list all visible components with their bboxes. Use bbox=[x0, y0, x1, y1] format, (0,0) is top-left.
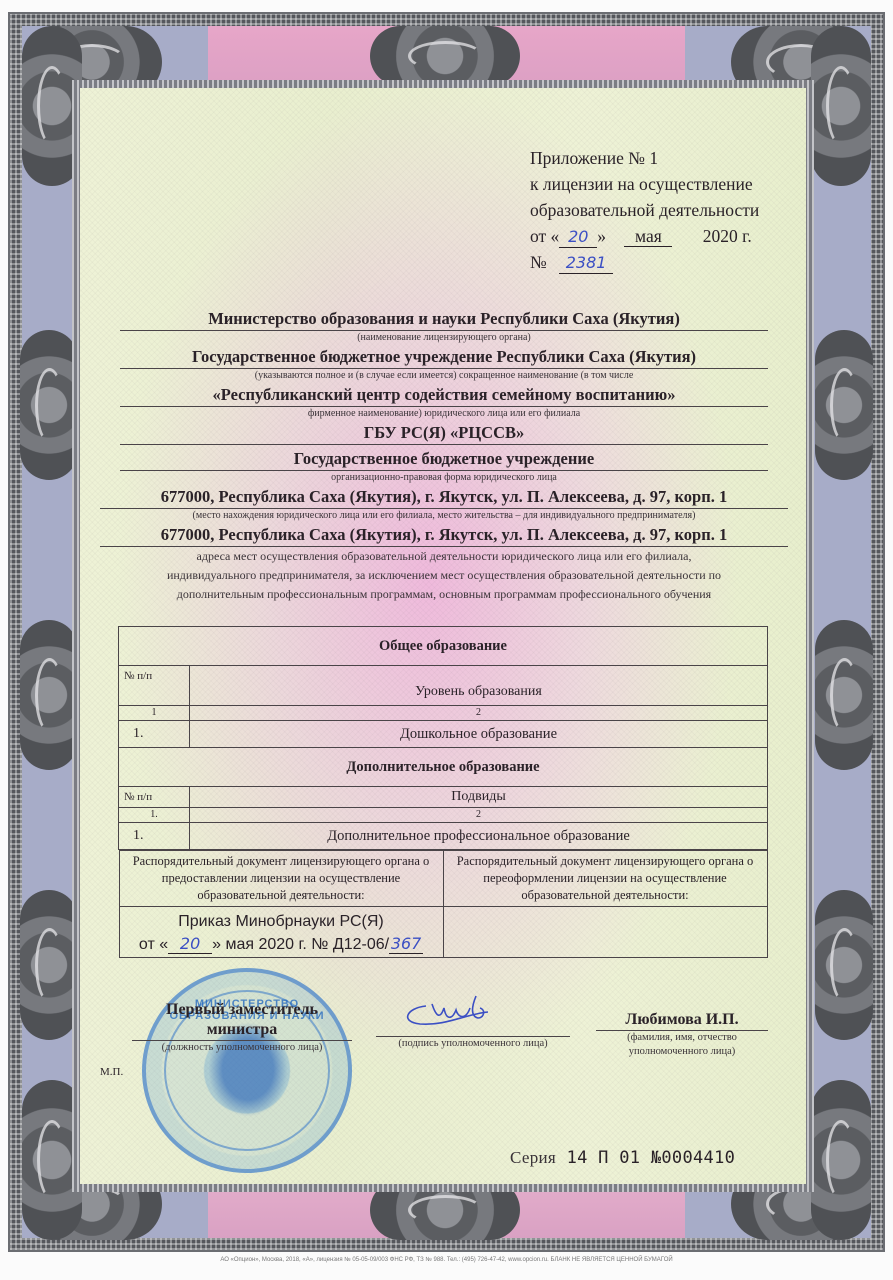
ornament-icon bbox=[370, 26, 520, 86]
additional-col-no: № п/п bbox=[119, 787, 190, 808]
organization-short-name: ГБУ РС(Я) «РЦССВ» bbox=[120, 422, 768, 445]
legal-form: Государственное бюджетное учреждение bbox=[120, 448, 768, 471]
ornament-icon bbox=[20, 330, 78, 480]
order-mid: » мая 2020 г. № Д12-06/ bbox=[212, 936, 389, 953]
appendix-line-2: к лицензии на осуществление bbox=[530, 171, 780, 197]
license-number: 2381 bbox=[559, 253, 613, 274]
activity-address: 677000, Республика Саха (Якутия), г. Яку… bbox=[100, 524, 788, 547]
ornament-icon bbox=[20, 620, 78, 770]
license-appendix-page: Приложение № 1 к лицензии на осуществлен… bbox=[80, 88, 806, 1184]
licensing-authority-field: Министерство образования и науки Республ… bbox=[120, 308, 768, 345]
additional-index-no: 1. bbox=[119, 808, 190, 823]
signatory-name-caption: (фамилия, имя, отчество уполномоченного … bbox=[596, 1031, 768, 1059]
signatory-position-caption: (должность уполномоченного лица) bbox=[132, 1041, 352, 1055]
order-from: от « bbox=[139, 936, 168, 953]
brand-name-field: «Республиканский центр содействия семейн… bbox=[120, 384, 768, 421]
appendix-line-3: образовательной деятельности bbox=[530, 197, 780, 223]
short-name-field: ГБУ РС(Я) «РЦССВ» bbox=[120, 422, 768, 445]
printer-imprint: АО «Опцион», Москва, 2018, «А», лицензия… bbox=[0, 1257, 893, 1263]
general-row-no: 1. bbox=[119, 721, 190, 748]
organization-brand-name: «Республиканский центр содействия семейн… bbox=[120, 384, 768, 407]
activity-address-desc-3: дополнительным профессиональным программ… bbox=[100, 585, 788, 604]
appendix-title: Приложение № 1 bbox=[530, 145, 780, 171]
general-col-no: № п/п bbox=[119, 666, 190, 706]
reissue-document-cell bbox=[443, 907, 767, 958]
activity-address-desc-2: индивидуального предпринимателя, за искл… bbox=[100, 566, 788, 585]
legal-form-field: Государственное бюджетное учреждение орг… bbox=[120, 448, 768, 485]
handwritten-signature-icon bbox=[396, 992, 506, 1032]
legal-address-caption: (место нахождения юридического лица или … bbox=[100, 509, 788, 523]
order-number: 367 bbox=[389, 935, 423, 954]
additional-row-no: 1. bbox=[119, 823, 190, 850]
additional-row-value: Дополнительное профессиональное образова… bbox=[190, 823, 768, 850]
general-row-value: Дошкольное образование bbox=[190, 721, 768, 748]
date-day: 20 bbox=[559, 227, 597, 248]
general-col-level: Уровень образования bbox=[190, 666, 768, 706]
order-title: Приказ Минобрнауки РС(Я) bbox=[120, 910, 443, 933]
signatory-name: Любимова И.П. bbox=[596, 1010, 768, 1031]
ornament-icon bbox=[811, 26, 871, 186]
signatory-position: Первый заместитель министра bbox=[132, 1000, 352, 1041]
activity-address-desc-1: адреса мест осуществления образовательно… bbox=[100, 547, 788, 566]
signatory-position-block: Первый заместитель министра (должность у… bbox=[132, 1000, 352, 1055]
licensing-authority-caption: (наименование лицензирующего органа) bbox=[120, 331, 768, 345]
form-series: Серия 14 П 01 №0004410 bbox=[510, 1148, 735, 1168]
appendix-number: № 2381 bbox=[530, 249, 780, 275]
series-label: Серия bbox=[510, 1148, 556, 1167]
education-table: Общее образование № п/п Уровень образова… bbox=[118, 626, 768, 958]
date-from-label: от bbox=[530, 226, 546, 246]
organization-brand-name-caption: фирменное наименование) юридического лиц… bbox=[120, 407, 768, 421]
documents-table: Распорядительный документ лицензирующего… bbox=[119, 850, 768, 958]
licensing-authority: Министерство образования и науки Республ… bbox=[120, 308, 768, 331]
date-month: мая bbox=[624, 226, 672, 247]
grant-document-cell: Приказ Минобрнауки РС(Я) от «20» мая 202… bbox=[119, 907, 443, 958]
appendix-date: от «20» мая 2020 г. bbox=[530, 223, 780, 249]
legal-form-caption: организационно-правовая форма юридическо… bbox=[120, 471, 768, 485]
full-name-field: Государственное бюджетное учреждение Рес… bbox=[120, 346, 768, 383]
official-seal-stamp: МИНИСТЕРСТВО ОБРАЗОВАНИЯ И НАУКИ bbox=[142, 968, 352, 1173]
appendix-header: Приложение № 1 к лицензии на осуществлен… bbox=[530, 145, 780, 275]
general-education-title: Общее образование bbox=[119, 627, 768, 666]
legal-address-field: 677000, Республика Саха (Якутия), г. Яку… bbox=[100, 486, 788, 523]
additional-index-main: 2 bbox=[190, 808, 768, 823]
order-day: 20 bbox=[168, 935, 212, 954]
ornament-icon bbox=[815, 330, 873, 480]
signature-line bbox=[376, 1000, 570, 1037]
number-label: № bbox=[530, 252, 547, 272]
ornament-icon bbox=[811, 1080, 871, 1240]
table-row: 1. Дополнительное профессиональное образ… bbox=[119, 823, 768, 850]
organization-full-name: Государственное бюджетное учреждение Рес… bbox=[120, 346, 768, 369]
table-row: 1. Дошкольное образование bbox=[119, 721, 768, 748]
ornament-icon bbox=[20, 890, 78, 1040]
activity-address-field: 677000, Республика Саха (Якутия), г. Яку… bbox=[100, 524, 788, 604]
order-line: от «20» мая 2020 г. № Д12-06/367 bbox=[120, 933, 443, 956]
organization-full-name-caption: (указываются полное и (в случае если име… bbox=[120, 369, 768, 383]
signatory-name-block: Любимова И.П. (фамилия, имя, отчество уп… bbox=[596, 1010, 768, 1059]
reissue-document-header: Распорядительный документ лицензирующего… bbox=[443, 851, 767, 907]
legal-address: 677000, Республика Саха (Якутия), г. Яку… bbox=[100, 486, 788, 509]
ornament-icon bbox=[815, 620, 873, 770]
grant-document-header: Распорядительный документ лицензирующего… bbox=[119, 851, 443, 907]
series-number: 14 П 01 №0004410 bbox=[567, 1148, 736, 1168]
additional-education-title: Дополнительное образование bbox=[119, 748, 768, 787]
signature-caption: (подпись уполномоченного лица) bbox=[376, 1037, 570, 1051]
seal-label: М.П. bbox=[100, 1066, 123, 1078]
date-year: 2020 г. bbox=[703, 226, 752, 246]
general-index-main: 2 bbox=[190, 706, 768, 721]
order-text: Приказ Минобрнауки РС(Я) от «20» мая 202… bbox=[120, 907, 443, 956]
additional-col-subtypes: Подвиды bbox=[190, 787, 768, 808]
ornament-icon bbox=[815, 890, 873, 1040]
signature-block: (подпись уполномоченного лица) bbox=[376, 1000, 570, 1051]
general-index-no: 1 bbox=[119, 706, 190, 721]
